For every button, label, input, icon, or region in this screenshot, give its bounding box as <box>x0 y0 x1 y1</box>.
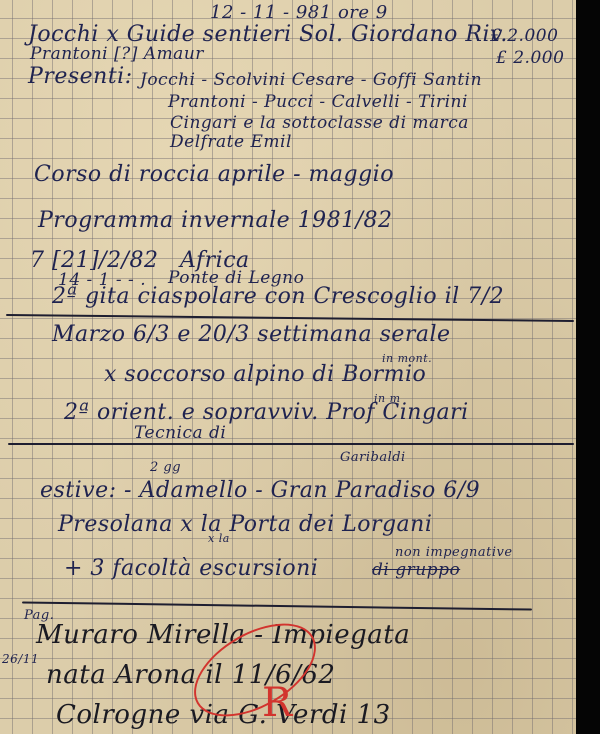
march-line-2: x soccorso alpino di Bormio <box>104 362 426 387</box>
summer-line-2: Presolana x la Porta dei Lorgani <box>58 512 432 537</box>
summer-insert-right: Garibaldi <box>340 450 406 465</box>
margin-date: 26/11 <box>2 652 39 666</box>
summer-line-3: + 3 facoltà escursioni <box>64 556 318 581</box>
meeting-date: 12 - 11 - 981 ore 9 <box>210 2 388 23</box>
divider-1 <box>6 314 574 322</box>
program-entry-3: 2ª gita ciaspolare con Crescoglio il 7/2 <box>52 284 504 309</box>
amount-2: £ 2.000 <box>496 48 564 68</box>
amount-1: £ 2.000 <box>490 26 558 46</box>
present-names-1: Jocchi - Scolvini Cesare - Goffi Santin <box>140 70 482 90</box>
summer-line-1: estive: - Adamello - Gran Paradiso 6/9 <box>40 478 480 503</box>
course-line: Corso di roccia aprile - maggio <box>34 162 394 187</box>
winter-program-title: Programma invernale 1981/82 <box>38 208 393 233</box>
present-names-2: Prantoni - Pucci - Calvelli - Tirini <box>168 92 468 112</box>
divider-3 <box>22 601 532 610</box>
red-r-letter: R <box>262 680 293 726</box>
divider-2 <box>8 443 574 445</box>
scan-edge <box>576 0 600 734</box>
summer-line-3-insert: non impegnative <box>395 545 513 560</box>
graph-paper-page: 12 - 11 - 981 ore 9 Jocchi x Guide senti… <box>0 0 576 734</box>
present-label: Presenti: <box>28 64 133 89</box>
march-line-3: 2ª orient. e sopravviv. Prof Cingari <box>64 400 469 425</box>
present-names-4: Delfrate Emil <box>170 132 292 152</box>
summer-line-3-struck: di gruppo <box>372 560 460 580</box>
march-line-1: Marzo 6/3 e 20/3 settimana serale <box>52 322 451 347</box>
summer-insert-top: 2 gg <box>150 460 181 475</box>
present-names-3: Cingari e la sottoclasse di marca <box>170 113 469 133</box>
march-line-4: Tecnica di <box>134 423 226 443</box>
header-line-2: Prantoni [?] Amaur <box>30 44 204 64</box>
